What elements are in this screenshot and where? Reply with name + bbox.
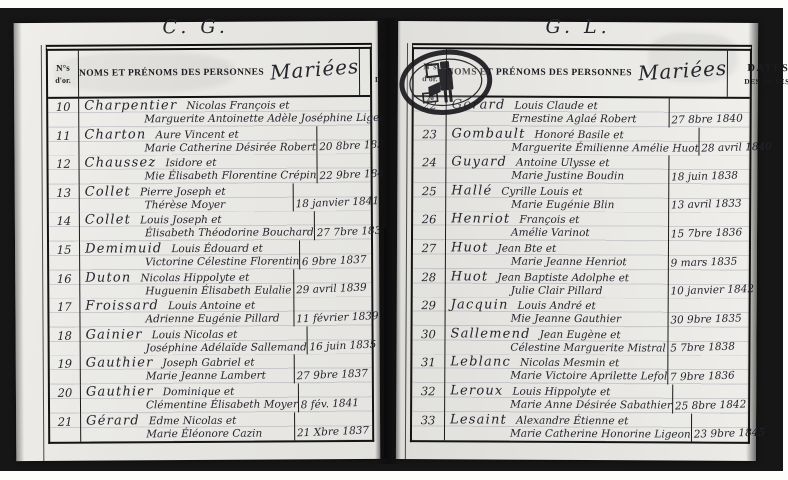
- groom-given-names: Louis André et: [518, 300, 596, 312]
- groom-line: GainierLouis Nicolas et: [86, 326, 307, 341]
- register-entry-row: 25 HalléCyrille Louis et Marie Eugénie B…: [413, 183, 749, 213]
- entry-surname: Guyard: [451, 155, 507, 170]
- entry-number: 17: [49, 299, 80, 328]
- bride-line: Amélie Varinot: [451, 226, 668, 241]
- entry-number: 12: [48, 156, 79, 185]
- entry-names: ChartonAure Vincent et Marie Catherine D…: [79, 126, 317, 156]
- entry-date: 13 avril 1833: [671, 198, 742, 212]
- entry-number: 25: [413, 183, 446, 212]
- register-entry-row: 26 HenriotFrançois et Amélie Varinot 15 …: [413, 212, 749, 242]
- column-header-dates: DATES DES ACTES.: [728, 51, 788, 97]
- entry-names: DemimuidLouis Édouard et Victorine Céles…: [80, 240, 300, 270]
- entry-surname: Hallé: [451, 183, 492, 198]
- entry-date: 21 Xbre 1837: [297, 425, 370, 440]
- groom-line: ChaussezIsidore et: [84, 154, 316, 169]
- bride-line: Marie Catherine Désirée Robert: [84, 140, 316, 155]
- entry-number: 14: [49, 213, 80, 242]
- groom-line: GombaultHonoré Basile et: [452, 126, 699, 141]
- entry-number: 18: [50, 327, 81, 356]
- revenue-stamp: 20: [398, 47, 494, 118]
- bride-line: Marie Éléonore Cazin: [86, 426, 294, 441]
- entry-date-cell: 7 9bre 1836: [668, 356, 748, 385]
- groom-given-names: Louis Claude et: [514, 100, 597, 112]
- entry-names: HuotJean Bte et Marie Jeanne Henriot: [446, 240, 669, 270]
- entry-date: 27 9bre 1837: [296, 367, 368, 382]
- register-entry-row: 29 JacquinLouis André et Mie Jeanne Gaut…: [413, 297, 749, 327]
- entry-date-cell: 18 juin 1838: [669, 156, 749, 185]
- entry-date-cell: 15 7bre 1836: [669, 213, 749, 242]
- groom-given-names: Cyrille Louis et: [501, 185, 582, 197]
- entry-date-cell: 5 7bre 1838: [668, 327, 748, 356]
- register-entry-row: 10 CharpentierNicolas François et Margue…: [48, 97, 370, 128]
- entry-number: 19: [50, 356, 81, 385]
- entry-date: 18 janvier 1841: [295, 195, 379, 210]
- stamp-value: 20: [426, 94, 434, 103]
- groom-line: GauthierDominique et: [86, 383, 298, 398]
- entry-date-cell: 6 9bre 1837: [300, 240, 377, 269]
- dates-header-line1: DATES: [747, 62, 788, 73]
- entry-date: 30 9bre 1835: [670, 312, 742, 326]
- entry-surname: Gauthier: [86, 384, 154, 399]
- entry-surname: Leroux: [450, 383, 503, 398]
- groom-line: DutonNicolas Hippolyte et: [85, 269, 293, 284]
- register-entry-row: 21 GérardEdme Nicolas et Marie Éléonore …: [50, 411, 372, 442]
- entry-date: 18 juin 1838: [671, 169, 738, 183]
- entry-date-cell: 11 février 1839: [294, 297, 371, 326]
- revenue-stamp-graphic: 20: [398, 47, 494, 118]
- column-header-number: N°s d'or.: [48, 51, 79, 97]
- table-header: N°s d'or. NOMS ET PRÉNOMS DES PERSONNES …: [48, 49, 370, 99]
- groom-line: LeblancNicolas Mesmin et: [450, 355, 667, 370]
- groom-line: HuotJean Bte et: [451, 240, 668, 255]
- bride-line: Julie Clair Pillard: [451, 283, 668, 298]
- groom-given-names: Jean Baptiste Adolphe et: [497, 271, 629, 284]
- names-header-handwritten: Mariées: [637, 56, 728, 86]
- entry-date-cell: 9 mars 1835: [669, 241, 749, 270]
- groom-line: LesaintAlexandre Étienne et: [450, 412, 691, 427]
- register-entry-row: 12 ChaussezIsidore et Mie Élisabeth Flor…: [48, 154, 370, 185]
- groom-line: JacquinLouis André et: [451, 297, 668, 312]
- register-table-left: N°s d'or. NOMS ET PRÉNOMS DES PERSONNES …: [46, 43, 374, 444]
- entry-date: 8 fév. 1841: [301, 397, 360, 411]
- entry-number: 21: [50, 413, 81, 442]
- names-header-printed: NOMS ET PRÉNOMS DES PERSONNES: [79, 68, 264, 79]
- entry-date: 10 janvier 1842: [670, 283, 754, 297]
- bride-line: Mie Élisabeth Florentine Crépin: [85, 168, 317, 183]
- register-entry-row: 27 HuotJean Bte et Marie Jeanne Henriot …: [413, 240, 749, 270]
- groom-given-names: Louis Nicolas et: [152, 329, 238, 342]
- entry-names: CharpentierNicolas François et Marguerit…: [79, 97, 393, 128]
- entry-names: JacquinLouis André et Mie Jeanne Gauthie…: [446, 297, 669, 327]
- entry-names: SallemendJean Eugène et Célestine Margue…: [445, 326, 668, 356]
- entry-names: GauthierDominique et Clémentine Élisabet…: [81, 383, 299, 413]
- entry-surname: Gauthier: [86, 356, 154, 371]
- groom-given-names: Louis Hippolyte et: [512, 386, 610, 399]
- bride-line: Victorine Célestine Florentin: [85, 254, 299, 269]
- entry-date-cell: 16 juin 1835: [308, 326, 385, 355]
- entry-surname: Sallemend: [450, 326, 530, 341]
- bride-line: Marie Victoire Aprilette Lefol: [450, 369, 667, 384]
- register-entry-row: 28 HuotJean Baptiste Adolphe et Julie Cl…: [413, 269, 749, 299]
- entry-number: 29: [413, 297, 446, 326]
- entry-surname: Huot: [451, 240, 489, 255]
- entry-date: 23 9bre 1845: [693, 427, 765, 441]
- groom-line: GuyardAntoine Ulysse et: [451, 155, 668, 170]
- groom-given-names: Jean Eugène et: [540, 329, 621, 341]
- entry-names: GuyardAntoine Ulysse et Marie Justine Bo…: [446, 155, 669, 185]
- entry-surname: Henriot: [451, 212, 510, 227]
- groom-given-names: Edme Nicolas et: [149, 414, 236, 427]
- entry-date-cell: 21 Xbre 1837: [295, 411, 372, 440]
- entry-surname: Charton: [84, 127, 146, 142]
- scanned-register-spread: C. G. N°s d'or. NOMS ET PRÉNOMS DES PERS…: [0, 0, 788, 480]
- entry-surname: Gérard: [86, 413, 140, 428]
- entry-number: 24: [413, 154, 446, 183]
- entry-number: 26: [413, 212, 446, 241]
- entry-names: GombaultHonoré Basile et Marguerite Émil…: [446, 126, 700, 156]
- groom-given-names: Alexandre Étienne et: [516, 414, 628, 427]
- entry-number: 23: [413, 126, 446, 155]
- bride-line: Marie Justine Boudin: [451, 169, 668, 184]
- entry-number: 11: [48, 127, 79, 156]
- register-entry-row: 24 GuyardAntoine Ulysse et Marie Justine…: [413, 154, 749, 184]
- bride-line: Marie Catherine Honorine Ligeon: [450, 426, 691, 441]
- entry-date-cell: 30 9bre 1835: [669, 299, 749, 328]
- groom-given-names: Dominique et: [163, 386, 235, 398]
- groom-given-names: Honoré Basile et: [534, 128, 623, 140]
- entry-surname: Lesaint: [450, 412, 507, 427]
- register-entry-row: 13 ColletPierre Joseph et Thérèse Moyer …: [49, 183, 371, 214]
- register-entry-row: 31 LeblancNicolas Mesmin et Marie Victoi…: [412, 354, 748, 384]
- register-entry-row: 18 GainierLouis Nicolas et Joséphine Adé…: [50, 326, 372, 357]
- number-header-line1: N°s: [56, 63, 70, 73]
- entry-date: 6 9bre 1837: [302, 253, 367, 268]
- bride-line: Marie Anne Désirée Sabathier: [450, 397, 672, 412]
- names-header-handwritten: Mariées: [269, 54, 360, 85]
- entry-number: 15: [49, 242, 80, 271]
- register-entry-row: 17 FroissardLouis Antoine et Adrienne Eu…: [49, 297, 371, 328]
- entry-number: 30: [412, 326, 445, 355]
- groom-line: LerouxLouis Hippolyte et: [450, 383, 672, 398]
- entry-date: 27 8bre 1840: [671, 112, 743, 126]
- bride-line: Marie Jeanne Henriot: [451, 254, 668, 269]
- entry-date-cell: 27 9bre 1837: [295, 354, 372, 383]
- entry-names: ChaussezIsidore et Mie Élisabeth Florent…: [79, 154, 317, 184]
- groom-given-names: Nicolas Hippolyte et: [140, 271, 249, 284]
- entry-date: 5 7bre 1838: [670, 341, 735, 355]
- groom-line: DemimuidLouis Édouard et: [85, 240, 299, 255]
- entry-date: 25 8bre 1842: [675, 398, 747, 412]
- groom-given-names: Antoine Ulysse et: [516, 157, 610, 169]
- entry-names: LesaintAlexandre Étienne et Marie Cather…: [445, 412, 692, 442]
- entry-date: 15 7bre 1836: [671, 226, 743, 240]
- groom-line: ColletPierre Joseph et: [85, 183, 293, 198]
- page-heading-left: C. G.: [14, 15, 378, 39]
- register-entry-row: 23 GombaultHonoré Basile et Marguerite É…: [413, 126, 749, 156]
- entry-number: 28: [413, 269, 446, 298]
- groom-given-names: Pierre Joseph et: [140, 186, 226, 199]
- groom-line: FroissardLouis Antoine et: [85, 298, 293, 313]
- bride-line: Marie Jeanne Lambert: [86, 369, 294, 384]
- entry-date: 28 avril 1840: [701, 141, 772, 155]
- groom-given-names: Louis Joseph et: [140, 214, 222, 226]
- entry-surname: Collet: [85, 184, 131, 199]
- entry-number: 16: [49, 270, 80, 299]
- bride-line: Célestine Marguerite Mistral: [450, 340, 667, 355]
- register-entry-row: 15 DemimuidLouis Édouard et Victorine Cé…: [49, 240, 371, 271]
- groom-given-names: Louis Édouard et: [171, 243, 262, 256]
- entry-number: 27: [413, 240, 446, 269]
- groom-line: ColletLouis Joseph et: [85, 212, 314, 227]
- groom-given-names: Nicolas Mesmin et: [520, 357, 619, 370]
- entry-surname: Huot: [451, 269, 489, 284]
- entry-number: 31: [412, 354, 445, 383]
- entry-surname: Gombault: [452, 126, 526, 141]
- entry-names: DutonNicolas Hippolyte et Huguenin Élisa…: [80, 269, 294, 299]
- register-entry-row: 33 LesaintAlexandre Étienne et Marie Cat…: [412, 412, 748, 442]
- bride-line: Élisabeth Théodorine Bouchard: [85, 226, 314, 241]
- groom-line: ChartonAure Vincent et: [84, 126, 316, 141]
- entry-names: HenriotFrançois et Amélie Varinot: [446, 212, 669, 242]
- groom-given-names: Isidore et: [165, 157, 216, 169]
- bride-line: Marguerite Émilienne Amélie Huot: [451, 140, 698, 155]
- bride-line: Marie Eugénie Blin: [451, 197, 668, 212]
- bride-line: Huguenin Élisabeth Eulalie: [85, 283, 293, 298]
- groom-line: GérardEdme Nicolas et: [86, 412, 294, 427]
- column-header-names: NOMS ET PRÉNOMS DES PERSONNES Mariées: [79, 49, 361, 97]
- entry-number: 32: [412, 383, 445, 412]
- entry-names: FroissardLouis Antoine et Adrienne Eugén…: [80, 298, 294, 328]
- entry-names: GainierLouis Nicolas et Joséphine Adélaï…: [81, 326, 308, 356]
- entry-date-cell: 29 avril 1839: [294, 268, 371, 297]
- groom-line: HalléCyrille Louis et: [451, 183, 668, 198]
- groom-given-names: Nicolas François et: [186, 99, 289, 112]
- bride-line: Clémentine Élisabeth Moyer: [86, 397, 298, 412]
- groom-line: HuotJean Baptiste Adolphe et: [451, 269, 668, 284]
- entry-date-cell: 13 avril 1833: [669, 184, 749, 213]
- register-page-right: G. L. N°s d'or. NOMS ET PRÉNOMS DES PERS…: [396, 21, 758, 461]
- number-header-line2: d'or.: [55, 76, 71, 85]
- register-entry-row: 20 GauthierDominique et Clémentine Élisa…: [50, 383, 372, 414]
- register-entry-row: 14 ColletLouis Joseph et Élisabeth Théod…: [49, 211, 371, 242]
- register-entry-row: 16 DutonNicolas Hippolyte et Huguenin Él…: [49, 268, 371, 299]
- register-entry-row: 32 LerouxLouis Hippolyte et Marie Anne D…: [412, 383, 748, 413]
- groom-given-names: Joseph Gabriel et: [162, 357, 254, 370]
- register-entry-row: 11 ChartonAure Vincent et Marie Catherin…: [48, 126, 370, 157]
- entry-surname: Duton: [85, 270, 131, 285]
- groom-given-names: Jean Bte et: [497, 243, 556, 255]
- groom-line: SallemendJean Eugène et: [450, 326, 667, 341]
- entry-names: LeblancNicolas Mesmin et Marie Victoire …: [445, 355, 668, 385]
- groom-line: GauthierJoseph Gabriel et: [86, 355, 294, 370]
- entry-date: 16 juin 1835: [309, 339, 376, 354]
- entry-date-cell: 27 8bre 1840: [670, 98, 750, 127]
- entry-surname: Leblanc: [450, 355, 511, 370]
- dates-header-line2: DES ACTES.: [744, 76, 788, 85]
- bride-line: Thérèse Moyer: [85, 197, 293, 212]
- page-heading-right: G. L.: [398, 15, 758, 39]
- register-entry-row: 19 GauthierJoseph Gabriel et Marie Jeann…: [50, 354, 372, 385]
- entry-surname: Gainier: [86, 327, 143, 342]
- entry-date-cell: 28 avril 1840: [700, 127, 780, 156]
- book-binding-shadow: [375, 18, 401, 464]
- entry-names: ColletPierre Joseph et Thérèse Moyer: [80, 183, 294, 213]
- table-body: 10 CharpentierNicolas François et Margue…: [48, 97, 372, 442]
- table-body: 22 GérardLouis Claude et Ernestine Aglaé…: [412, 97, 750, 442]
- entry-date: 11 février 1839: [296, 310, 379, 325]
- bride-line: Mie Jeanne Gauthier: [451, 311, 668, 326]
- entry-date-cell: 10 janvier 1842: [669, 270, 749, 299]
- entry-date-cell: 18 janvier 1841: [294, 183, 371, 212]
- groom-line: HenriotFrançois et: [451, 212, 668, 227]
- groom-given-names: François et: [519, 214, 579, 226]
- entry-date: 29 avril 1839: [296, 282, 367, 297]
- entry-number: 33: [412, 412, 445, 441]
- entry-names: ColletLouis Joseph et Élisabeth Théodori…: [80, 212, 315, 242]
- entry-date: 7 9bre 1836: [670, 370, 735, 384]
- entry-names: GauthierJoseph Gabriel et Marie Jeanne L…: [81, 355, 295, 385]
- register-entry-row: 30 SallemendJean Eugène et Célestine Mar…: [412, 326, 748, 356]
- entry-names: LerouxLouis Hippolyte et Marie Anne Dési…: [445, 383, 673, 413]
- groom-given-names: Aure Vincent et: [155, 128, 238, 141]
- entry-date-cell: 8 fév. 1841: [299, 383, 376, 412]
- entry-names: HalléCyrille Louis et Marie Eugénie Blin: [446, 183, 669, 213]
- entry-date: 9 mars 1835: [670, 255, 737, 269]
- entry-names: HuotJean Baptiste Adolphe et Julie Clair…: [446, 269, 669, 299]
- register-page-left: C. G. N°s d'or. NOMS ET PRÉNOMS DES PERS…: [14, 21, 381, 461]
- entry-date-cell: 25 8bre 1842: [673, 384, 753, 413]
- entry-number: 20: [50, 385, 81, 414]
- entry-number: 13: [49, 184, 80, 213]
- entry-number: 10: [48, 99, 79, 128]
- groom-given-names: Louis Antoine et: [168, 300, 255, 313]
- entry-surname: Jacquin: [451, 297, 509, 312]
- entry-names: GérardEdme Nicolas et Marie Éléonore Caz…: [81, 412, 295, 442]
- bride-line: Joséphine Adélaïde Sallemand: [86, 340, 307, 355]
- bride-line: Adrienne Eugénie Pillard: [85, 312, 293, 327]
- entry-surname: Collet: [85, 213, 131, 228]
- entry-date-cell: 23 9bre 1845: [692, 413, 772, 442]
